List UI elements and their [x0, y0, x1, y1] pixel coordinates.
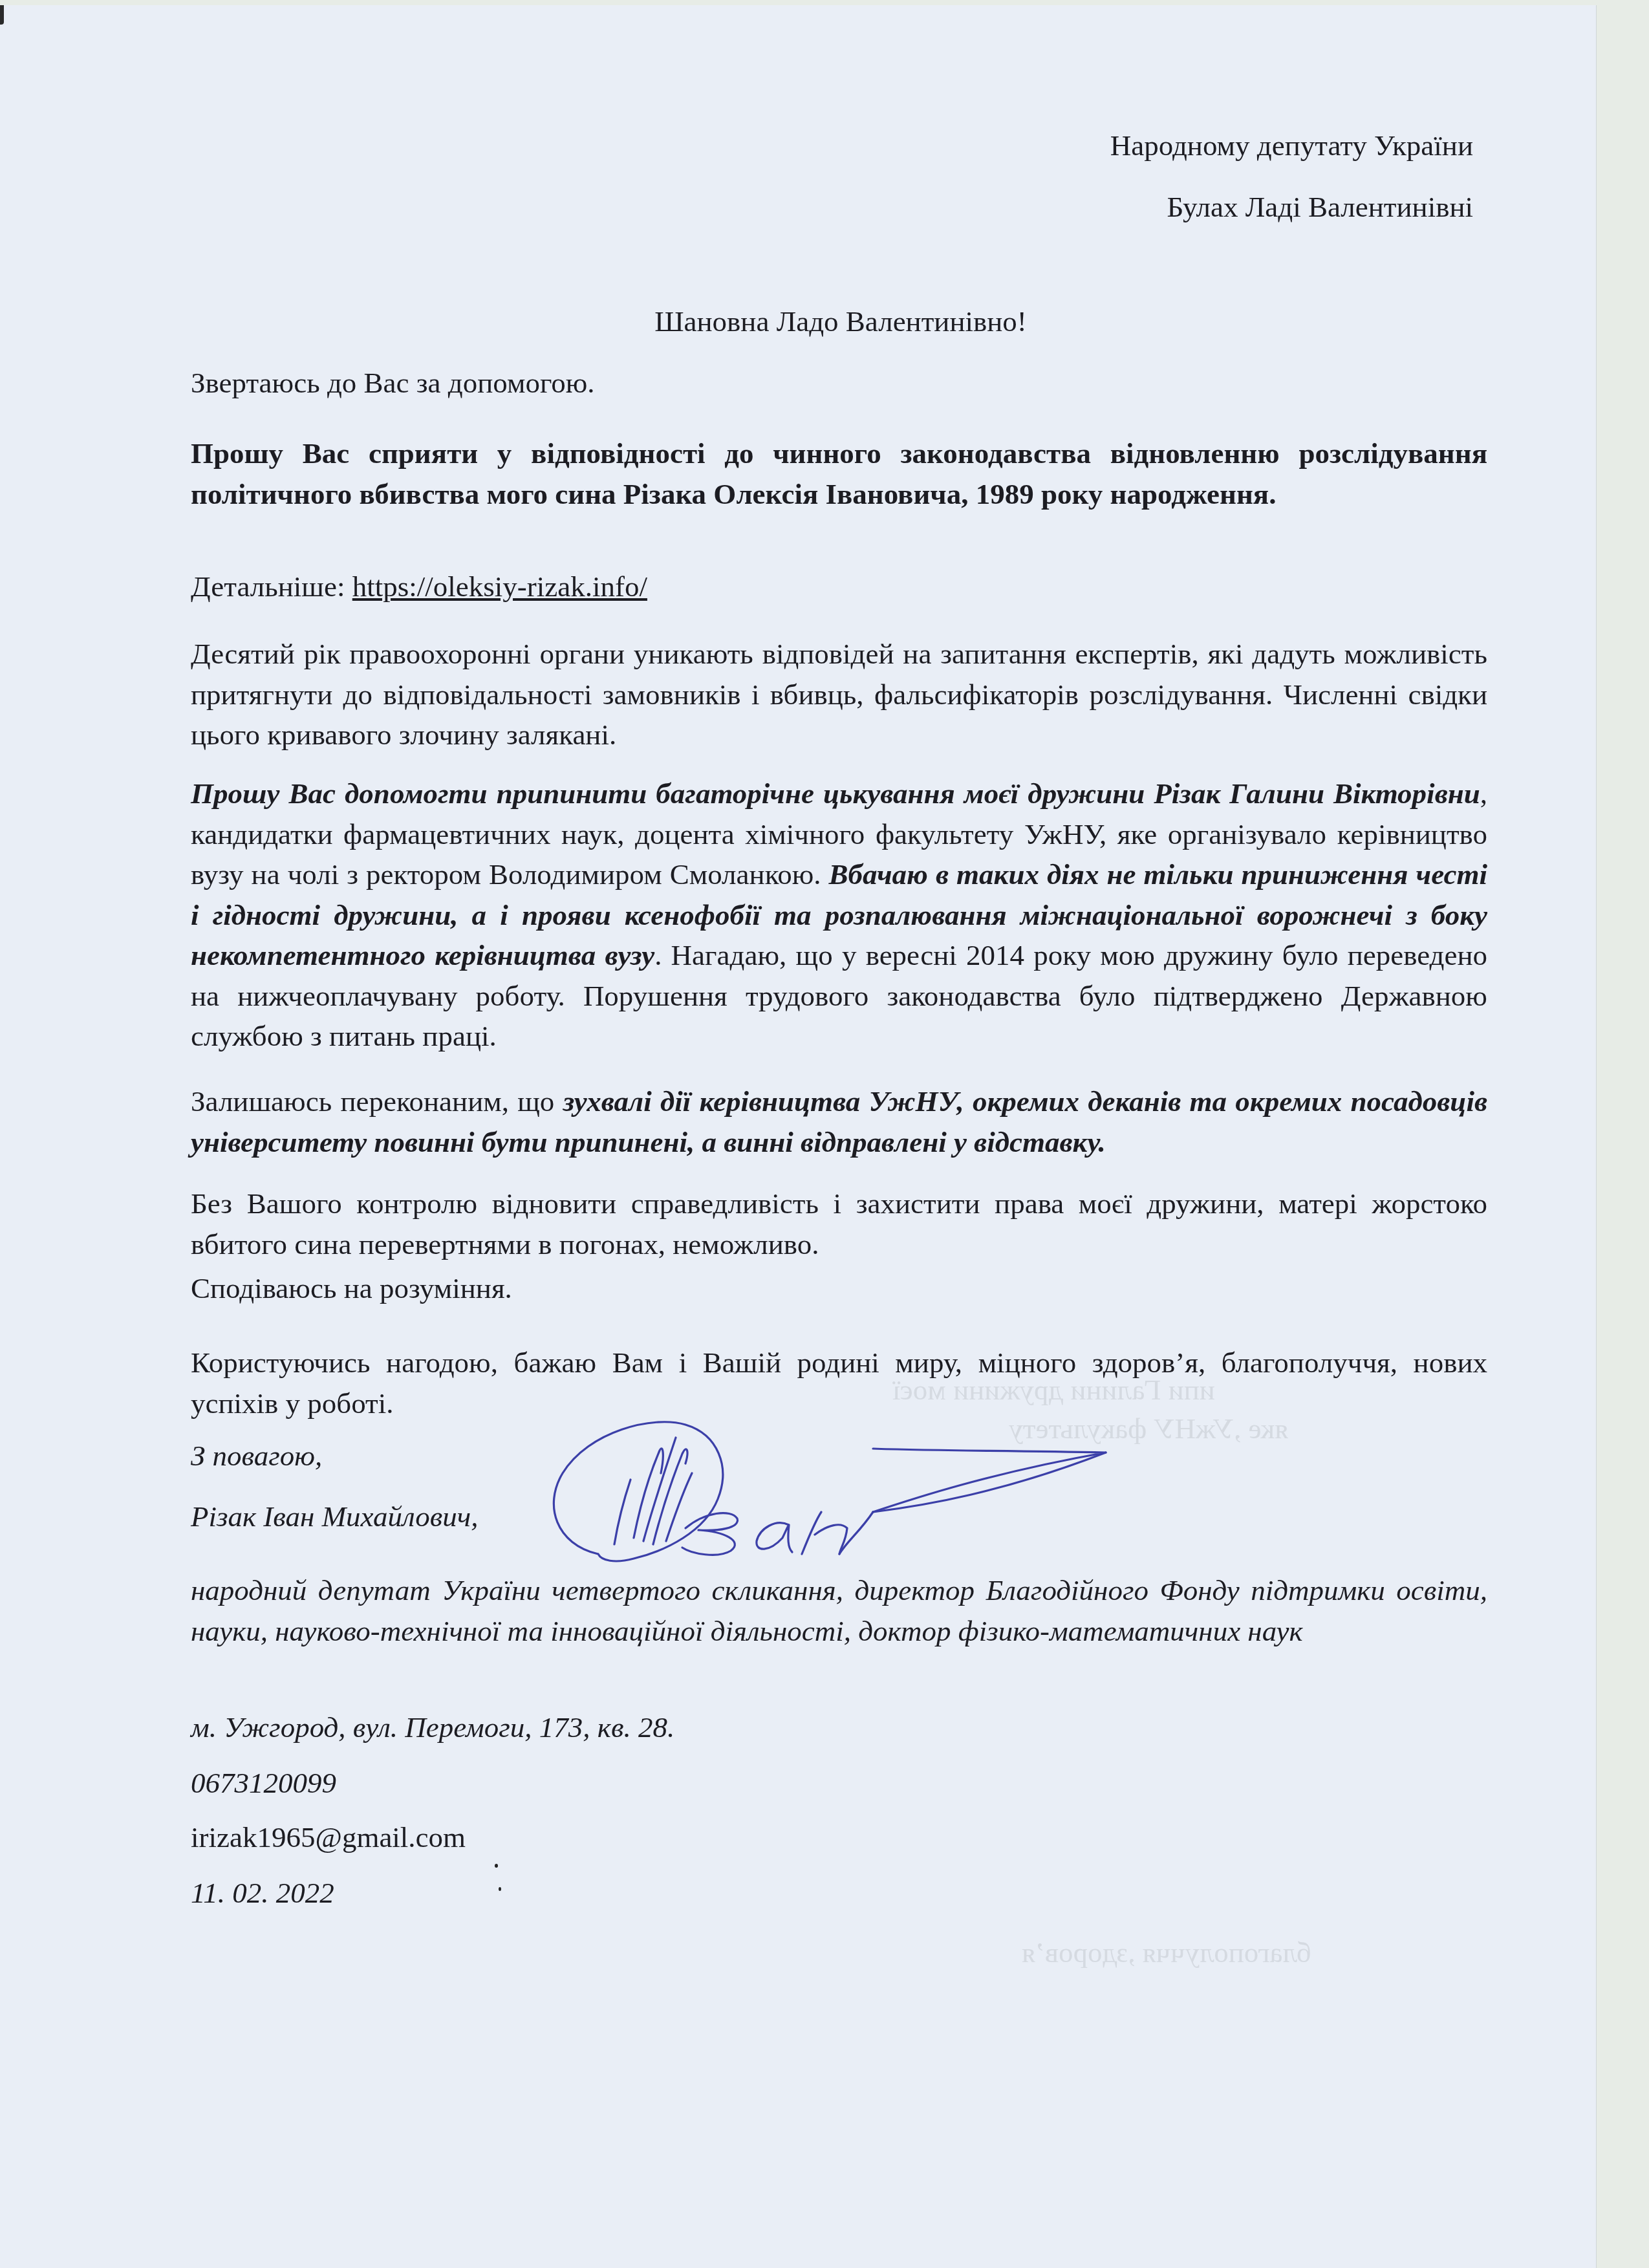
website-link[interactable]: https://oleksiy-rizak.info/	[352, 570, 647, 603]
closing-regards: З повагою,	[191, 1436, 322, 1476]
details-line: Детальніше: https://oleksiy-rizak.info/	[191, 567, 647, 607]
sender-address: м. Ужгород, вул. Перемоги, 173, кв. 28.	[191, 1707, 674, 1747]
ink-speck	[499, 1887, 501, 1891]
letter-page: Народному депутату України Булах Ладі Ва…	[0, 5, 1596, 2268]
sender-title: народний депутат України четвертого скли…	[191, 1570, 1487, 1651]
details-label: Детальніше:	[191, 570, 345, 603]
bleed-through-text: ипи Галини дружини моєї	[892, 1373, 1215, 1407]
letter-date: 11. 02. 2022	[191, 1873, 334, 1913]
paragraph-wife: Прошу Вас допомогти припинити багаторічн…	[191, 773, 1487, 1057]
paragraph-control: Без Вашого контролю відновити справедлив…	[191, 1183, 1487, 1264]
sender-email: irizak1965@gmail.com	[191, 1817, 466, 1857]
bleed-through-text: благополуччя ,здоров’я	[1022, 1936, 1311, 1969]
addressee-line-2: Булах Ладі Валентинівні	[1167, 187, 1473, 227]
convinced-text: Залишаюсь переконаним, що	[191, 1085, 563, 1118]
wife-request-emphasis: Прошу Вас допомогти припинити багаторічн…	[191, 777, 1480, 810]
paragraph-convinced: Залишаюсь переконаним, що зухвалі дії ке…	[191, 1081, 1487, 1162]
intro-line: Звертаюсь до Вас за допомогою.	[191, 363, 595, 403]
request-paragraph: Прошу Вас сприяти у відповідності до чин…	[191, 433, 1487, 514]
addressee-line-1: Народному депутату України	[1110, 125, 1473, 166]
ink-speck	[495, 1864, 498, 1868]
sender-phone: 0673120099	[191, 1763, 336, 1803]
paragraph-wishes: Користуючись нагодою, бажаю Вам і Вашій …	[191, 1343, 1487, 1423]
paragraph-tenth-year: Десятий рік правоохоронні органи уникают…	[191, 634, 1487, 755]
scan-corner-shadow	[0, 5, 4, 25]
paragraph-hope: Сподіваюсь на розуміння.	[191, 1268, 512, 1308]
sender-name: Різак Іван Михайлович,	[191, 1496, 478, 1537]
salutation: Шановна Ладо Валентинівно!	[0, 301, 1649, 341]
handwritten-signature-icon	[537, 1415, 1151, 1570]
